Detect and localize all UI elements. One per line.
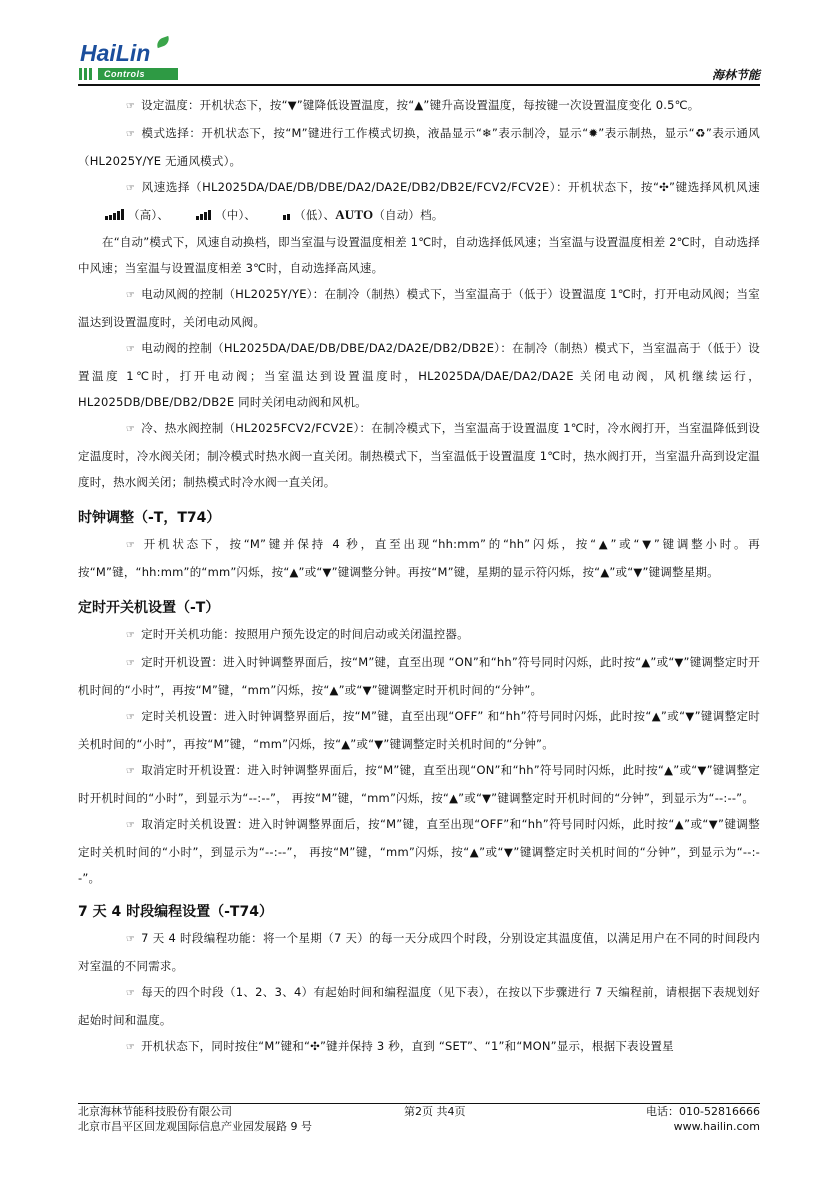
footer-company-block: 北京海林节能科技股份有限公司 北京市昌平区回龙观国际信息产业园发展路 9 号 <box>78 1104 312 1134</box>
signal-low-icon <box>259 203 291 229</box>
phone-number: 电话：010-52816666 <box>646 1104 760 1119</box>
hailin-logo: HaiLin Controls <box>78 38 178 83</box>
snowflake-icon: ❄ <box>482 126 492 140</box>
heading-clock: 时钟调整（-T，T74） <box>78 505 760 531</box>
logo-subtext: Controls <box>98 68 178 80</box>
brand-name: 海林节能 <box>712 66 760 83</box>
pointing-hand-icon: ☞ <box>102 813 135 839</box>
paragraph-auto-mode: 在“自动”模式下，风速自动换档，即当室温与设置温度相差 1℃时，自动选择低风速；… <box>78 229 760 281</box>
header-divider <box>78 84 760 86</box>
paragraph-set-temp: ☞设定温度：开机状态下，按“▼”键降低设置温度，按“▲”键升高设置温度，每按键一… <box>78 92 760 120</box>
pointing-hand-icon: ☞ <box>102 94 135 120</box>
footer-contact-block: 电话：010-52816666 www.hailin.com <box>646 1104 760 1134</box>
pointing-hand-icon: ☞ <box>102 337 135 363</box>
fan-icon: ✣ <box>310 1039 320 1053</box>
pointing-hand-icon: ☞ <box>102 651 135 677</box>
paragraph-timer-function: ☞定时开关机功能：按照用户预先设定的时间启动或关闭温控器。 <box>78 621 760 649</box>
signal-medium-icon <box>172 203 212 229</box>
fan-icon: ✣ <box>659 180 669 194</box>
pointing-hand-icon: ☞ <box>102 176 135 202</box>
sun-icon: ✹ <box>588 126 598 140</box>
pointing-hand-icon: ☞ <box>102 417 135 443</box>
document-body: ☞设定温度：开机状态下，按“▼”键降低设置温度，按“▲”键升高设置温度，每按键一… <box>78 92 760 1061</box>
logo-text: HaiLin <box>80 40 150 67</box>
paragraph-fan-speed: ☞风速选择（HL2025DA/DAE/DB/DBE/DA2/DA2E/DB2/D… <box>78 174 760 229</box>
paragraph-program-function: ☞7 天 4 时段编程功能：将一个星期（7 天）的每一天分成四个时段，分别设定其… <box>78 925 760 979</box>
paragraph-water-valve: ☞冷、热水阀控制（HL2025FCV2/FCV2E）：在制冷模式下，当室温高于设… <box>78 415 760 495</box>
pointing-hand-icon: ☞ <box>102 623 135 649</box>
vent-icon: ♻ <box>695 126 706 140</box>
website-link[interactable]: www.hailin.com <box>646 1119 760 1134</box>
paragraph-timer-off: ☞定时关机设置：进入时钟调整界面后，按“M”键，直至出现“OFF” 和“hh”符… <box>78 703 760 757</box>
auto-label: AUTO <box>335 207 373 222</box>
page-header: HaiLin Controls 海林节能 <box>78 38 760 86</box>
pointing-hand-icon: ☞ <box>102 122 135 148</box>
company-name: 北京海林节能科技股份有限公司 <box>78 1104 312 1119</box>
pointing-hand-icon: ☞ <box>102 759 135 785</box>
page-number: 第2页 共4页 <box>404 1104 466 1119</box>
paragraph-clock: ☞开机状态下，按“M”键并保持 4 秒，直至出现“hh:mm”的“hh”闪烁，按… <box>78 531 760 585</box>
pointing-hand-icon: ☞ <box>102 533 135 559</box>
signal-high-icon <box>81 203 125 229</box>
leaf-icon <box>155 36 171 48</box>
pointing-hand-icon: ☞ <box>102 705 135 731</box>
paragraph-electric-valve: ☞电动阀的控制（HL2025DA/DAE/DB/DBE/DA2/DA2E/DB2… <box>78 335 760 415</box>
document-page: HaiLin Controls 海林节能 ☞设定温度：开机状态下，按“▼”键降低… <box>0 0 827 1182</box>
pointing-hand-icon: ☞ <box>102 283 135 309</box>
paragraph-timer-on: ☞定时开机设置：进入时钟调整界面后，按“M”键，直至出现 “ON”和“hh”符号… <box>78 649 760 703</box>
pointing-hand-icon: ☞ <box>102 1035 135 1061</box>
paragraph-cancel-timer-on: ☞取消定时开机设置：进入时钟调整界面后，按“M”键，直至出现“ON”和“hh”符… <box>78 757 760 811</box>
pointing-hand-icon: ☞ <box>102 981 135 1007</box>
paragraph-program-enter: ☞开机状态下，同时按住“M”键和“✣”键并保持 3 秒，直到 “SET”、“1”… <box>78 1033 760 1061</box>
paragraph-cancel-timer-off: ☞取消定时关机设置：进入时钟调整界面后，按“M”键，直至出现“OFF”和“hh”… <box>78 811 760 891</box>
paragraph-program-periods: ☞每天的四个时段（1、2、3、4）有起始时间和编程温度（见下表），在按以下步骤进… <box>78 979 760 1033</box>
pointing-hand-icon: ☞ <box>102 927 135 953</box>
heading-timer: 定时开关机设置（-T） <box>78 595 760 621</box>
company-address: 北京市昌平区回龙观国际信息产业园发展路 9 号 <box>78 1119 312 1134</box>
heading-program: 7 天 4 时段编程设置（-T74） <box>78 899 760 925</box>
paragraph-mode-select: ☞模式选择：开机状态下，按“M”键进行工作模式切换，液晶显示“❄”表示制冷，显示… <box>78 120 760 174</box>
paragraph-air-valve: ☞电动风阀的控制（HL2025Y/YE）：在制冷（制热）模式下，当室温高于（低于… <box>78 281 760 335</box>
